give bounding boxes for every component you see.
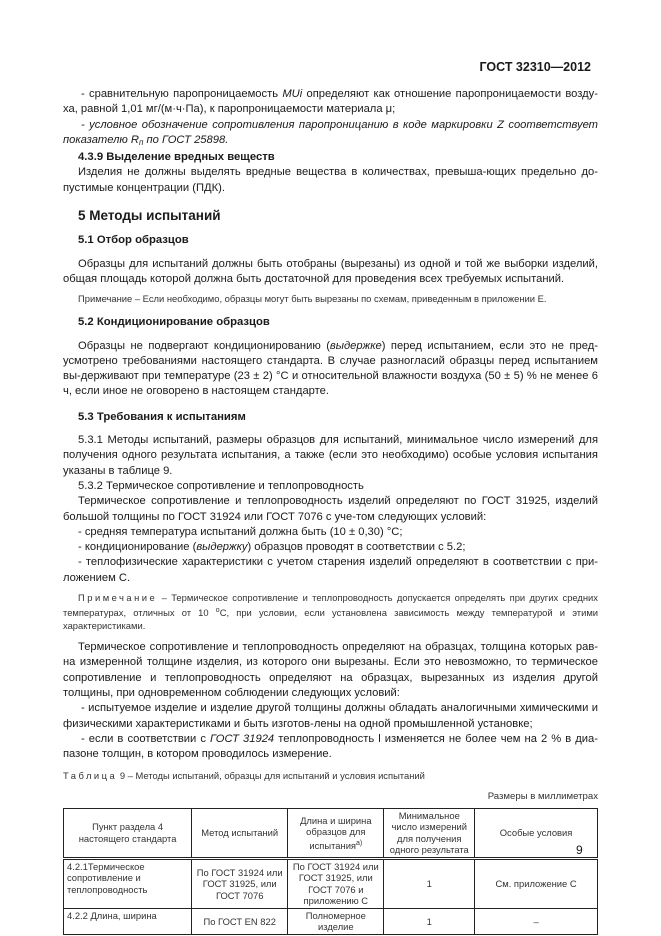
column-header-size: Длина и ширина образцов для испытанияа) xyxy=(288,808,384,858)
list-item-temperature: - средняя температура испытаний должна б… xyxy=(63,525,598,540)
cell-count: 1 xyxy=(384,908,475,934)
cell-method: По ГОСТ 31924 или ГОСТ 31925, или ГОСТ 7… xyxy=(192,858,288,908)
paragraph-vapor-permeability: - сравнительную паропроницаемость MUi оп… xyxy=(63,87,598,118)
heading-4-3-9: 4.3.9 Выделение вредных веществ xyxy=(63,150,598,165)
paragraph-marking-code: - условное обозначение сопротивления пар… xyxy=(63,118,598,151)
caption-label: Таблица xyxy=(63,770,117,781)
column-header-method: Метод испытаний xyxy=(192,808,288,858)
list-item-aging: - теплофизические характеристики с учето… xyxy=(63,555,598,586)
cell-size: Полномерное изделие xyxy=(288,908,384,934)
note-temperature: Примечание – Термическое сопротивление и… xyxy=(63,591,598,632)
gost-reference: ГОСТ 31924 xyxy=(210,733,274,745)
paragraph-conditioning: Образцы не подвергают кондиционированию … xyxy=(63,339,598,400)
list-item-conductivity-range: - если в соответствии с ГОСТ 31924 тепло… xyxy=(63,732,598,763)
heading-5-2: 5.2 Кондиционирование образцов xyxy=(78,315,598,330)
text: по ГОСТ 25898. xyxy=(143,134,228,146)
test-methods-table: Пункт раздела 4 настоящего стандарта Мет… xyxy=(63,808,598,935)
heading-5-3: 5.3 Требования к испытаниям xyxy=(78,410,598,425)
column-header-count: Минимальное число измерений для получени… xyxy=(384,808,475,858)
cell-count: 1 xyxy=(384,858,475,908)
standard-header: ГОСТ 32310—2012 xyxy=(479,60,591,74)
caption-text: 9 – Методы испытаний, образцы для испыта… xyxy=(117,770,425,781)
italic-term: выдержку xyxy=(196,541,247,553)
text: ) образцов проводят в соответствии с 5.2… xyxy=(247,541,465,553)
heading-5-1: 5.1 Отбор образцов xyxy=(78,233,598,248)
paragraph-sampling: Образцы для испытаний должны быть отобра… xyxy=(63,257,598,288)
paragraph-5-3-2: 5.3.2 Термическое сопротивление и теплоп… xyxy=(63,479,598,494)
note-sampling: Примечание – Если необходимо, образцы мо… xyxy=(63,292,598,305)
text: Образцы не подвергают кондиционированию … xyxy=(78,340,330,352)
table-units: Размеры в миллиметрах xyxy=(63,789,598,804)
list-item-conditioning: - кондиционирование (выдержку) образцов … xyxy=(63,540,598,555)
table-row: 4.2.2 Длина, ширина По ГОСТ EN 822 Полно… xyxy=(64,908,598,934)
paragraph-thermal-resistance: Термическое сопротивление и теплопроводн… xyxy=(63,494,598,525)
footnote-marker: а) xyxy=(356,840,362,847)
mui-term: MUi xyxy=(282,88,302,100)
text: - кондиционирование ( xyxy=(78,541,196,553)
table-row: 4.2.1Термическое сопротивление и теплопр… xyxy=(64,858,598,908)
paragraph-sample-thickness: Термическое сопротивление и теплопроводн… xyxy=(63,640,598,701)
cell-clause: 4.2.1Термическое сопротивление и теплопр… xyxy=(64,858,192,908)
list-item-same-characteristics: - испытуемое изделие и изделие другой то… xyxy=(63,701,598,732)
table-header-row: Пункт раздела 4 настоящего стандарта Мет… xyxy=(64,808,598,858)
document-page: ГОСТ 32310—2012 - сравнительную паропрон… xyxy=(0,0,661,936)
heading-section-5: 5 Методы испытаний xyxy=(78,208,598,223)
cell-size: По ГОСТ 31924 или ГОСТ 31925, или ГОСТ 7… xyxy=(288,858,384,908)
paragraph-5-3-1: 5.3.1 Методы испытаний, размеры образцов… xyxy=(63,433,598,479)
italic-term: выдержке xyxy=(330,340,382,352)
cell-conditions: – xyxy=(475,908,598,934)
page-number: 9 xyxy=(576,843,583,857)
table-caption: Таблица 9 – Методы испытаний, образцы дл… xyxy=(63,768,598,783)
column-header-clause: Пункт раздела 4 настоящего стандарта xyxy=(64,808,192,858)
cell-conditions: См. приложение С xyxy=(475,858,598,908)
cell-clause: 4.2.2 Длина, ширина xyxy=(64,908,192,934)
text: - если в соответствии с xyxy=(81,733,210,745)
paragraph-harmful-substances: Изделия не должны выделять вредные вещес… xyxy=(63,165,598,196)
cell-method: По ГОСТ EN 822 xyxy=(192,908,288,934)
page-content: - сравнительную паропроницаемость MUi оп… xyxy=(63,87,598,935)
note-label: Примечание xyxy=(78,592,157,603)
text: - сравнительную паропроницаемость xyxy=(81,88,282,100)
